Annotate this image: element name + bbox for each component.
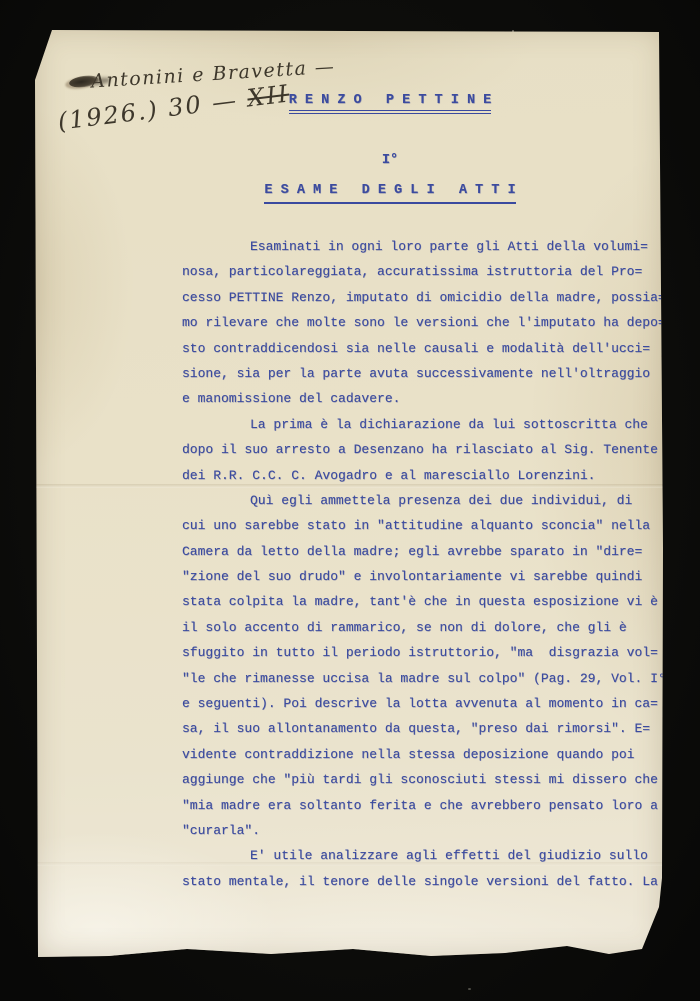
typed-line: Esaminati in ogni loro parte gli Atti de… (182, 234, 660, 259)
document-body: Esaminati in ogni loro parte gli Atti de… (182, 234, 660, 894)
typed-line: E' utile analizzare agli effetti del giu… (182, 843, 660, 868)
typed-line: il solo accento di rammarico, se non di … (182, 615, 660, 640)
typed-line: stata colpita la madre, tant'è che in qu… (182, 589, 660, 614)
typed-line: "curarla". (182, 818, 660, 843)
typed-line: sione, sia per la parte avuta successiva… (182, 361, 660, 386)
typed-line: vidente contraddizione nella stessa depo… (182, 742, 660, 767)
document-title: R E N Z O P E T T I N E (289, 93, 492, 114)
section-number-row: I° (182, 150, 598, 168)
typed-line: "zione del suo drudo" e involontariament… (182, 564, 660, 589)
section-heading-row: E S A M E D E G L I A T T I (182, 180, 598, 204)
dust-speck (468, 988, 471, 990)
typed-line: La prima è la dichiarazione da lui sotto… (182, 412, 660, 437)
typed-line: Quì egli ammettela presenza dei due indi… (182, 488, 660, 513)
typed-line: e manomissione del cadavere. (182, 386, 660, 411)
typed-line: cesso PETTINE Renzo, imputato di omicidi… (182, 285, 660, 310)
typed-line: sto contraddicendosi sia nelle causali e… (182, 336, 660, 361)
section-number: I° (382, 153, 398, 168)
typed-line: stato mentale, il tenore delle singole v… (182, 869, 660, 894)
title-row: R E N Z O P E T T I N E (182, 90, 598, 114)
typed-line: sfuggito in tutto il periodo istruttorio… (182, 640, 660, 665)
typed-line: sa, il suo allontanamento da questa, "pr… (182, 716, 660, 741)
typed-line: nosa, particolareggiata, accuratissima i… (182, 259, 660, 284)
typed-line: Camera da letto della madre; egli avrebb… (182, 539, 660, 564)
typed-line: "mia madre era soltanto ferita e che avr… (182, 793, 660, 818)
typed-line: cui uno sarebbe stato in "attitudine alq… (182, 513, 660, 538)
typed-line: aggiunge che "più tardi gli sconosciuti … (182, 767, 660, 792)
section-heading: E S A M E D E G L I A T T I (264, 183, 515, 204)
typed-line: e seguenti). Poi descrive la lotta avven… (182, 691, 660, 716)
document-page: Antonini e Bravetta — (1926.) 30 — XII R… (35, 28, 663, 958)
photo-background: Antonini e Bravetta — (1926.) 30 — XII R… (0, 0, 700, 1001)
typed-line: dei R.R. C.C. C. Avogadro e al marescial… (182, 463, 660, 488)
typed-line: "le che rimanesse uccisa la madre sul co… (182, 666, 660, 691)
typed-line: mo rilevare che molte sono le versioni c… (182, 310, 660, 335)
typed-line: dopo il suo arresto a Desenzano ha rilas… (182, 437, 660, 462)
